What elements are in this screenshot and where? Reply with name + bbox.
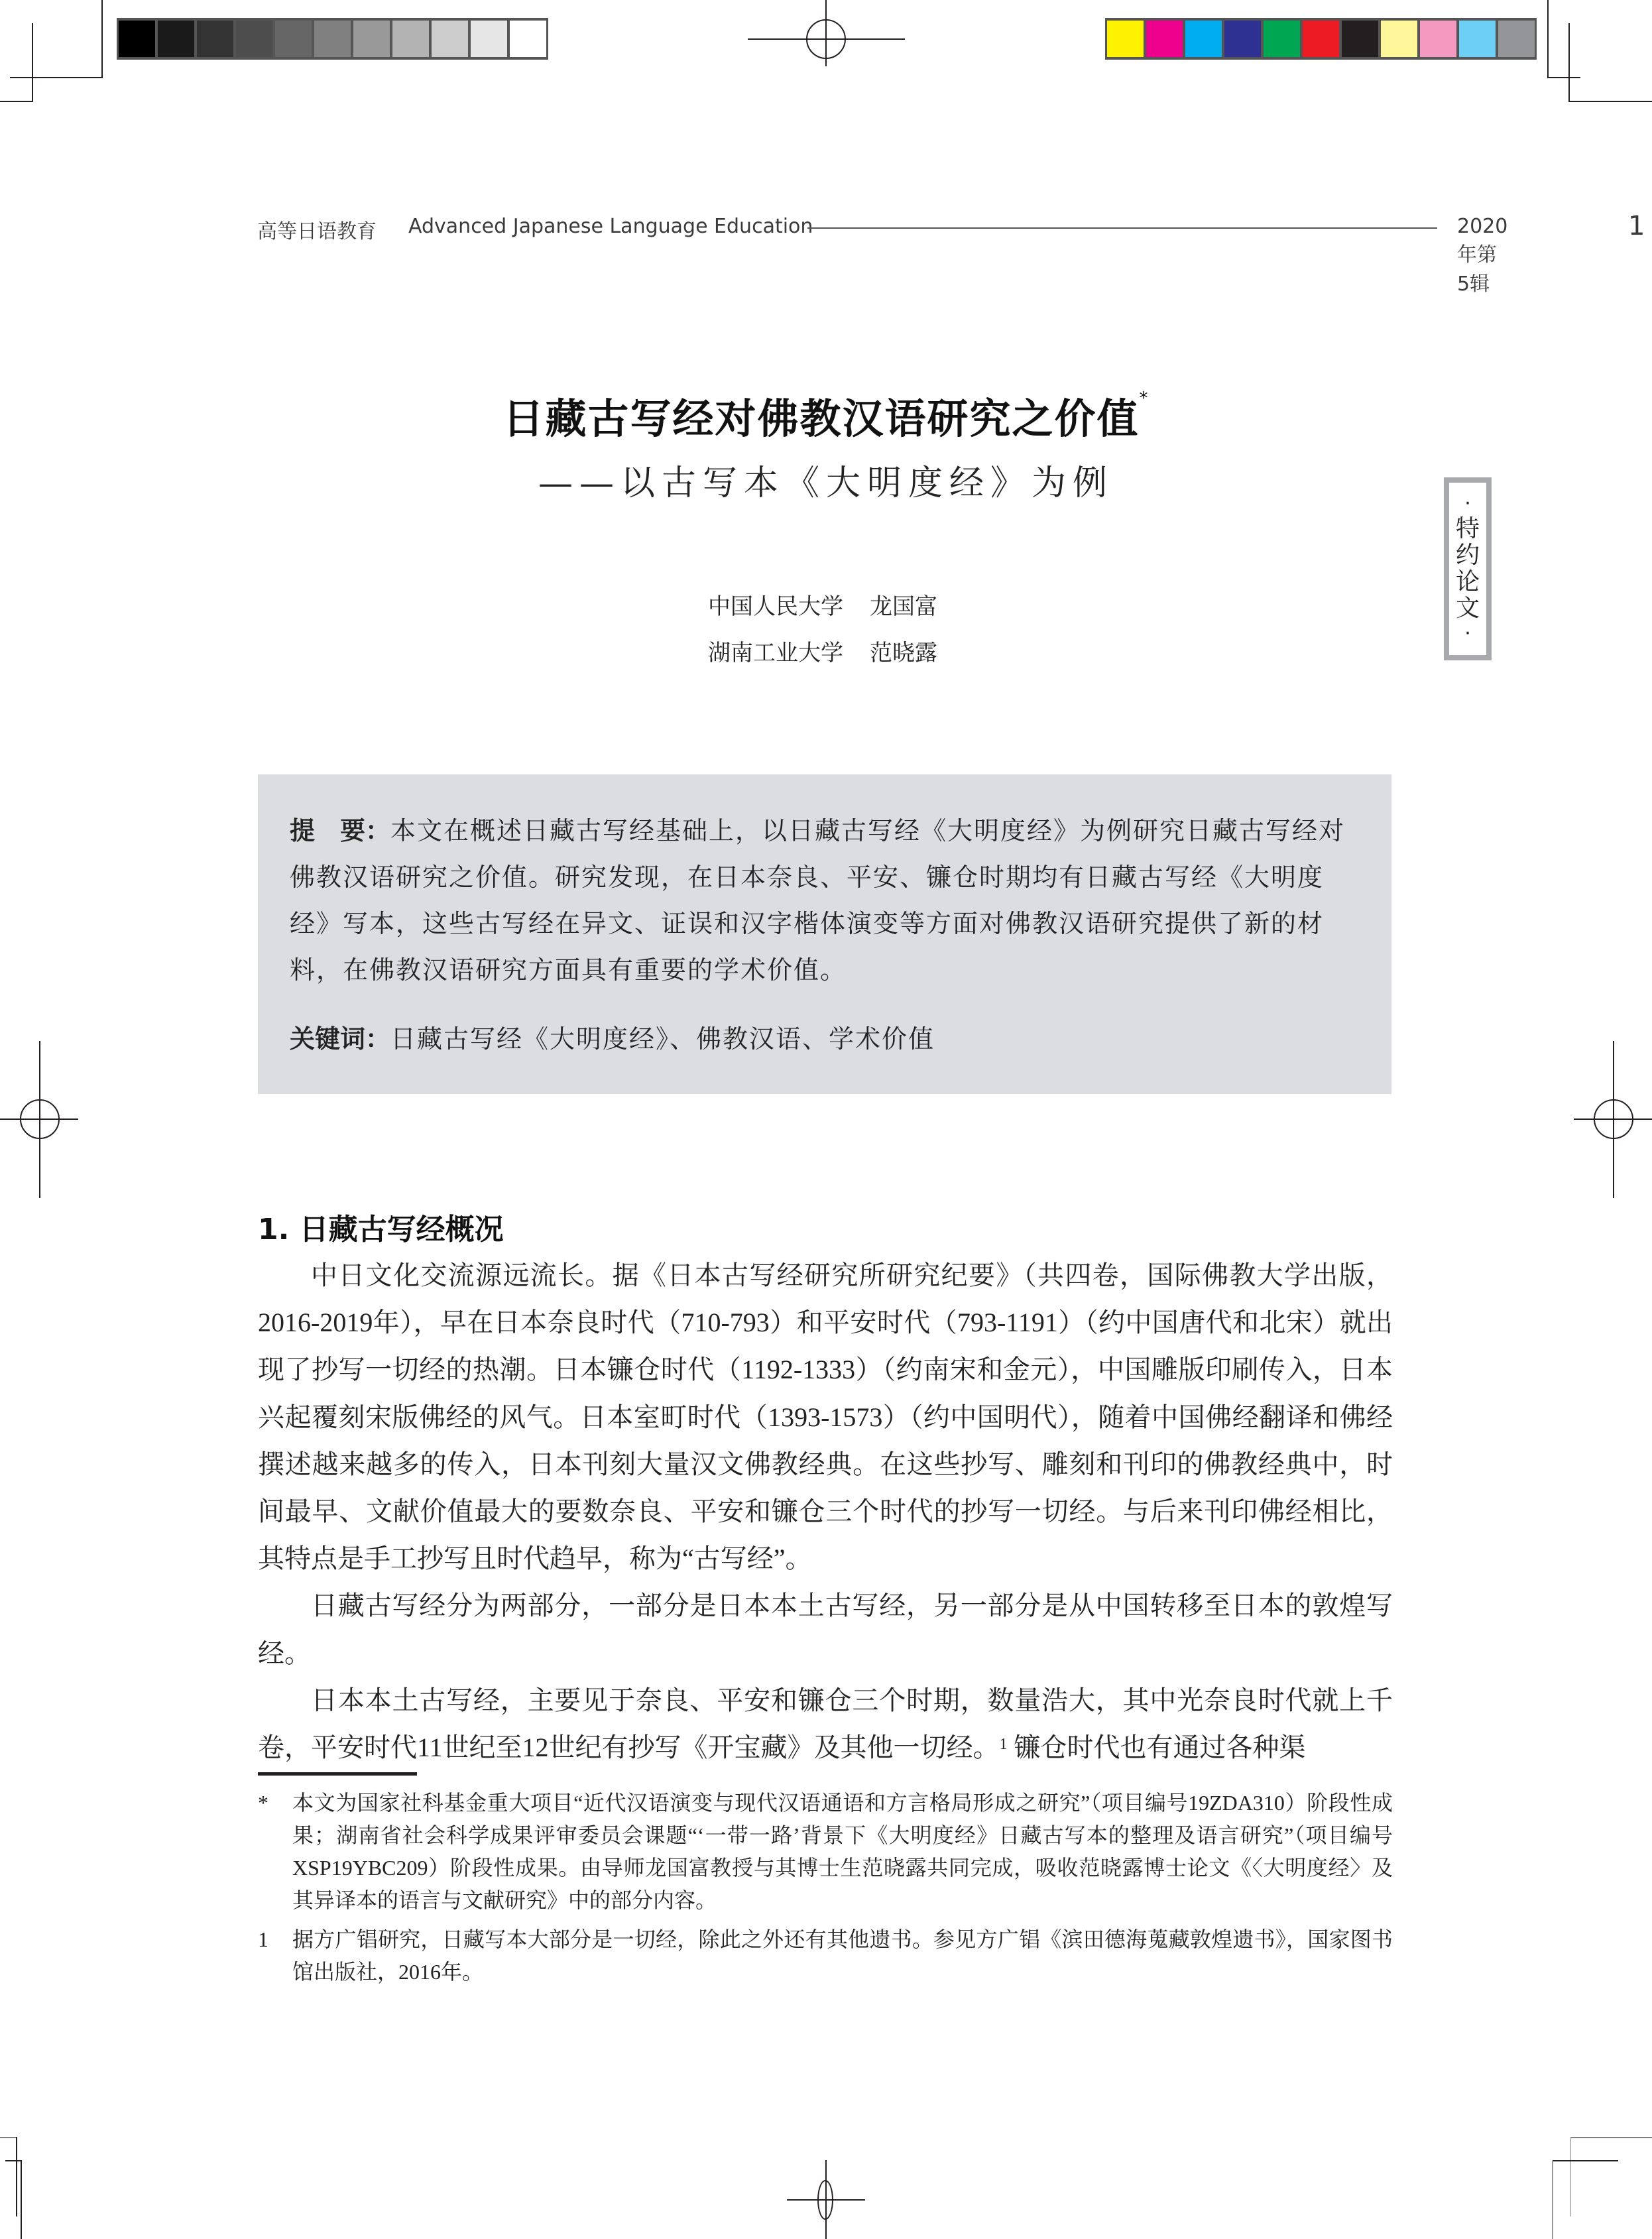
- body-paragraph: 日本本土古写经，主要见于奈良、平安和镰仓三个时期，数量浩大，其中光奈良时代就上千…: [258, 1677, 1393, 1771]
- article-subtitle: ——以古写本《大明度经》为例: [0, 455, 1652, 505]
- crop-mark-line: [1568, 23, 1570, 101]
- crop-mark-line: [101, 0, 103, 78]
- color-swatch: [1342, 21, 1378, 57]
- crop-mark-line: [32, 23, 33, 101]
- color-swatch: [392, 21, 429, 57]
- color-swatch: [1459, 21, 1496, 57]
- author-list: 中国人民大学龙国富 湖南工业大学范晓露: [708, 583, 937, 676]
- footnote-text: 本文为国家社科基金重大项目“近代汉语演变与现代汉语通语和方言格局形成之研究”（项…: [292, 1787, 1393, 1917]
- title-footnote-mark[interactable]: *: [1140, 389, 1150, 408]
- color-swatch: [158, 21, 194, 57]
- tag-dot: ·: [1464, 492, 1471, 516]
- issue-label: 2020年第5辑: [1457, 215, 1507, 296]
- footnote-mark: *: [258, 1787, 292, 1917]
- section-tag-special-paper: · 特 约 论 文 ·: [1444, 477, 1492, 660]
- color-swatch: [432, 21, 468, 57]
- crop-mark-line: [1552, 2160, 1553, 2239]
- crop-mark-line: [1570, 2137, 1652, 2138]
- footnotes: * 本文为国家社科基金重大项目“近代汉语演变与现代汉语通语和方言格局形成之研究”…: [258, 1787, 1393, 1995]
- color-swatch: [471, 21, 507, 57]
- abstract-text: 本文在概述日藏古写经基础上，以日藏古写经《大明度经》为例研究日藏古写经对佛教汉语…: [290, 816, 1345, 985]
- crop-mark-line: [1547, 77, 1580, 78]
- footnote-divider: [258, 1772, 417, 1776]
- author-name: 龙国富: [870, 593, 937, 620]
- journal-name-cn: 高等日语教育: [257, 215, 377, 244]
- keywords-paragraph: 关键词：日藏古写经《大明度经》、佛教汉语、学术价值: [290, 1016, 1360, 1062]
- color-swatch: [197, 21, 233, 57]
- color-swatch: [353, 21, 390, 57]
- author-affiliation: 中国人民大学: [708, 593, 843, 620]
- journal-name-en: Advanced Japanese Language Education: [408, 215, 813, 238]
- gray-color-bar: [117, 18, 548, 60]
- crop-mark-line: [0, 2137, 17, 2138]
- crop-mark-line: [5, 2160, 22, 2161]
- section-body: 中日文化交流源远流长。据《日本古写经研究所研究纪要》（共四卷，国际佛教大学出版，…: [258, 1252, 1393, 1771]
- cmyk-color-bar: [1105, 18, 1537, 60]
- color-swatch: [314, 21, 351, 57]
- color-swatch: [275, 21, 312, 57]
- footnote-item: * 本文为国家社科基金重大项目“近代汉语演变与现代汉语通语和方言格局形成之研究”…: [258, 1787, 1393, 1917]
- author-affiliation: 湖南工业大学: [708, 640, 843, 666]
- body-paragraph: 中日文化交流源远流长。据《日本古写经研究所研究纪要》（共四卷，国际佛教大学出版，…: [258, 1252, 1393, 1582]
- crop-mark-line: [0, 101, 33, 102]
- tag-char: 文: [1456, 595, 1480, 622]
- tag-char: 约: [1456, 542, 1480, 569]
- color-swatch: [119, 21, 155, 57]
- tag-char: 论: [1456, 569, 1480, 595]
- color-swatch: [1264, 21, 1300, 57]
- keywords-text: 日藏古写经《大明度经》、佛教汉语、学术价值: [390, 1024, 935, 1054]
- crop-mark-line: [21, 2160, 22, 2239]
- crop-mark-line: [10, 77, 103, 78]
- crop-mark-line: [16, 2137, 17, 2216]
- color-swatch: [1107, 21, 1144, 57]
- color-swatch: [1185, 21, 1222, 57]
- tag-char: 特: [1456, 516, 1480, 542]
- color-swatch: [1381, 21, 1417, 57]
- crop-mark-line: [1552, 2160, 1618, 2161]
- body-text-span: 镰仓时代也有通过各种渠: [1008, 1732, 1306, 1762]
- crop-mark-line: [1568, 101, 1652, 102]
- author-row: 中国人民大学龙国富: [708, 583, 937, 630]
- crop-mark-line: [1570, 2137, 1571, 2216]
- keywords-label: 关键词：: [290, 1024, 390, 1054]
- crop-mark-line: [1547, 0, 1549, 78]
- running-header: 高等日语教育 Advanced Japanese Language Educat…: [257, 211, 1391, 244]
- footnote-ref-1[interactable]: 1: [1000, 1736, 1008, 1753]
- abstract-label: 提 要：: [290, 816, 390, 845]
- abstract-box: 提 要：本文在概述日藏古写经基础上，以日藏古写经《大明度经》为例研究日藏古写经对…: [258, 774, 1391, 1094]
- article-title: 日藏古写经对佛教汉语研究之价值*: [0, 386, 1652, 445]
- body-paragraph: 日藏古写经分为两部分，一部分是日本本土古写经，另一部分是从中国转移至日本的敦煌写…: [258, 1582, 1393, 1676]
- author-row: 湖南工业大学范晓露: [708, 630, 937, 676]
- color-swatch: [1224, 21, 1261, 57]
- footnote-text: 据方广锠研究，日藏写本大部分是一切经，除此之外还有其他遗书。参见方广锠《滨田德海…: [292, 1923, 1393, 1988]
- footnote-item: 1 据方广锠研究，日藏写本大部分是一切经，除此之外还有其他遗书。参见方广锠《滨田…: [258, 1923, 1393, 1988]
- section-heading: 1. 日藏古写经概况: [258, 1205, 504, 1248]
- tag-dot: ·: [1464, 622, 1471, 646]
- footnote-mark: 1: [258, 1923, 292, 1988]
- author-name: 范晓露: [870, 640, 937, 666]
- article-title-text: 日藏古写经对佛教汉语研究之价值: [502, 394, 1139, 443]
- color-swatch: [236, 21, 272, 57]
- abstract-paragraph: 提 要：本文在概述日藏古写经基础上，以日藏古写经《大明度经》为例研究日藏古写经对…: [290, 808, 1360, 993]
- header-rule: [807, 227, 1437, 229]
- page-number: 1: [1628, 211, 1645, 241]
- color-swatch: [1420, 21, 1456, 57]
- color-swatch: [1146, 21, 1183, 57]
- color-swatch: [510, 21, 546, 57]
- color-swatch: [1303, 21, 1339, 57]
- color-swatch: [1498, 21, 1535, 57]
